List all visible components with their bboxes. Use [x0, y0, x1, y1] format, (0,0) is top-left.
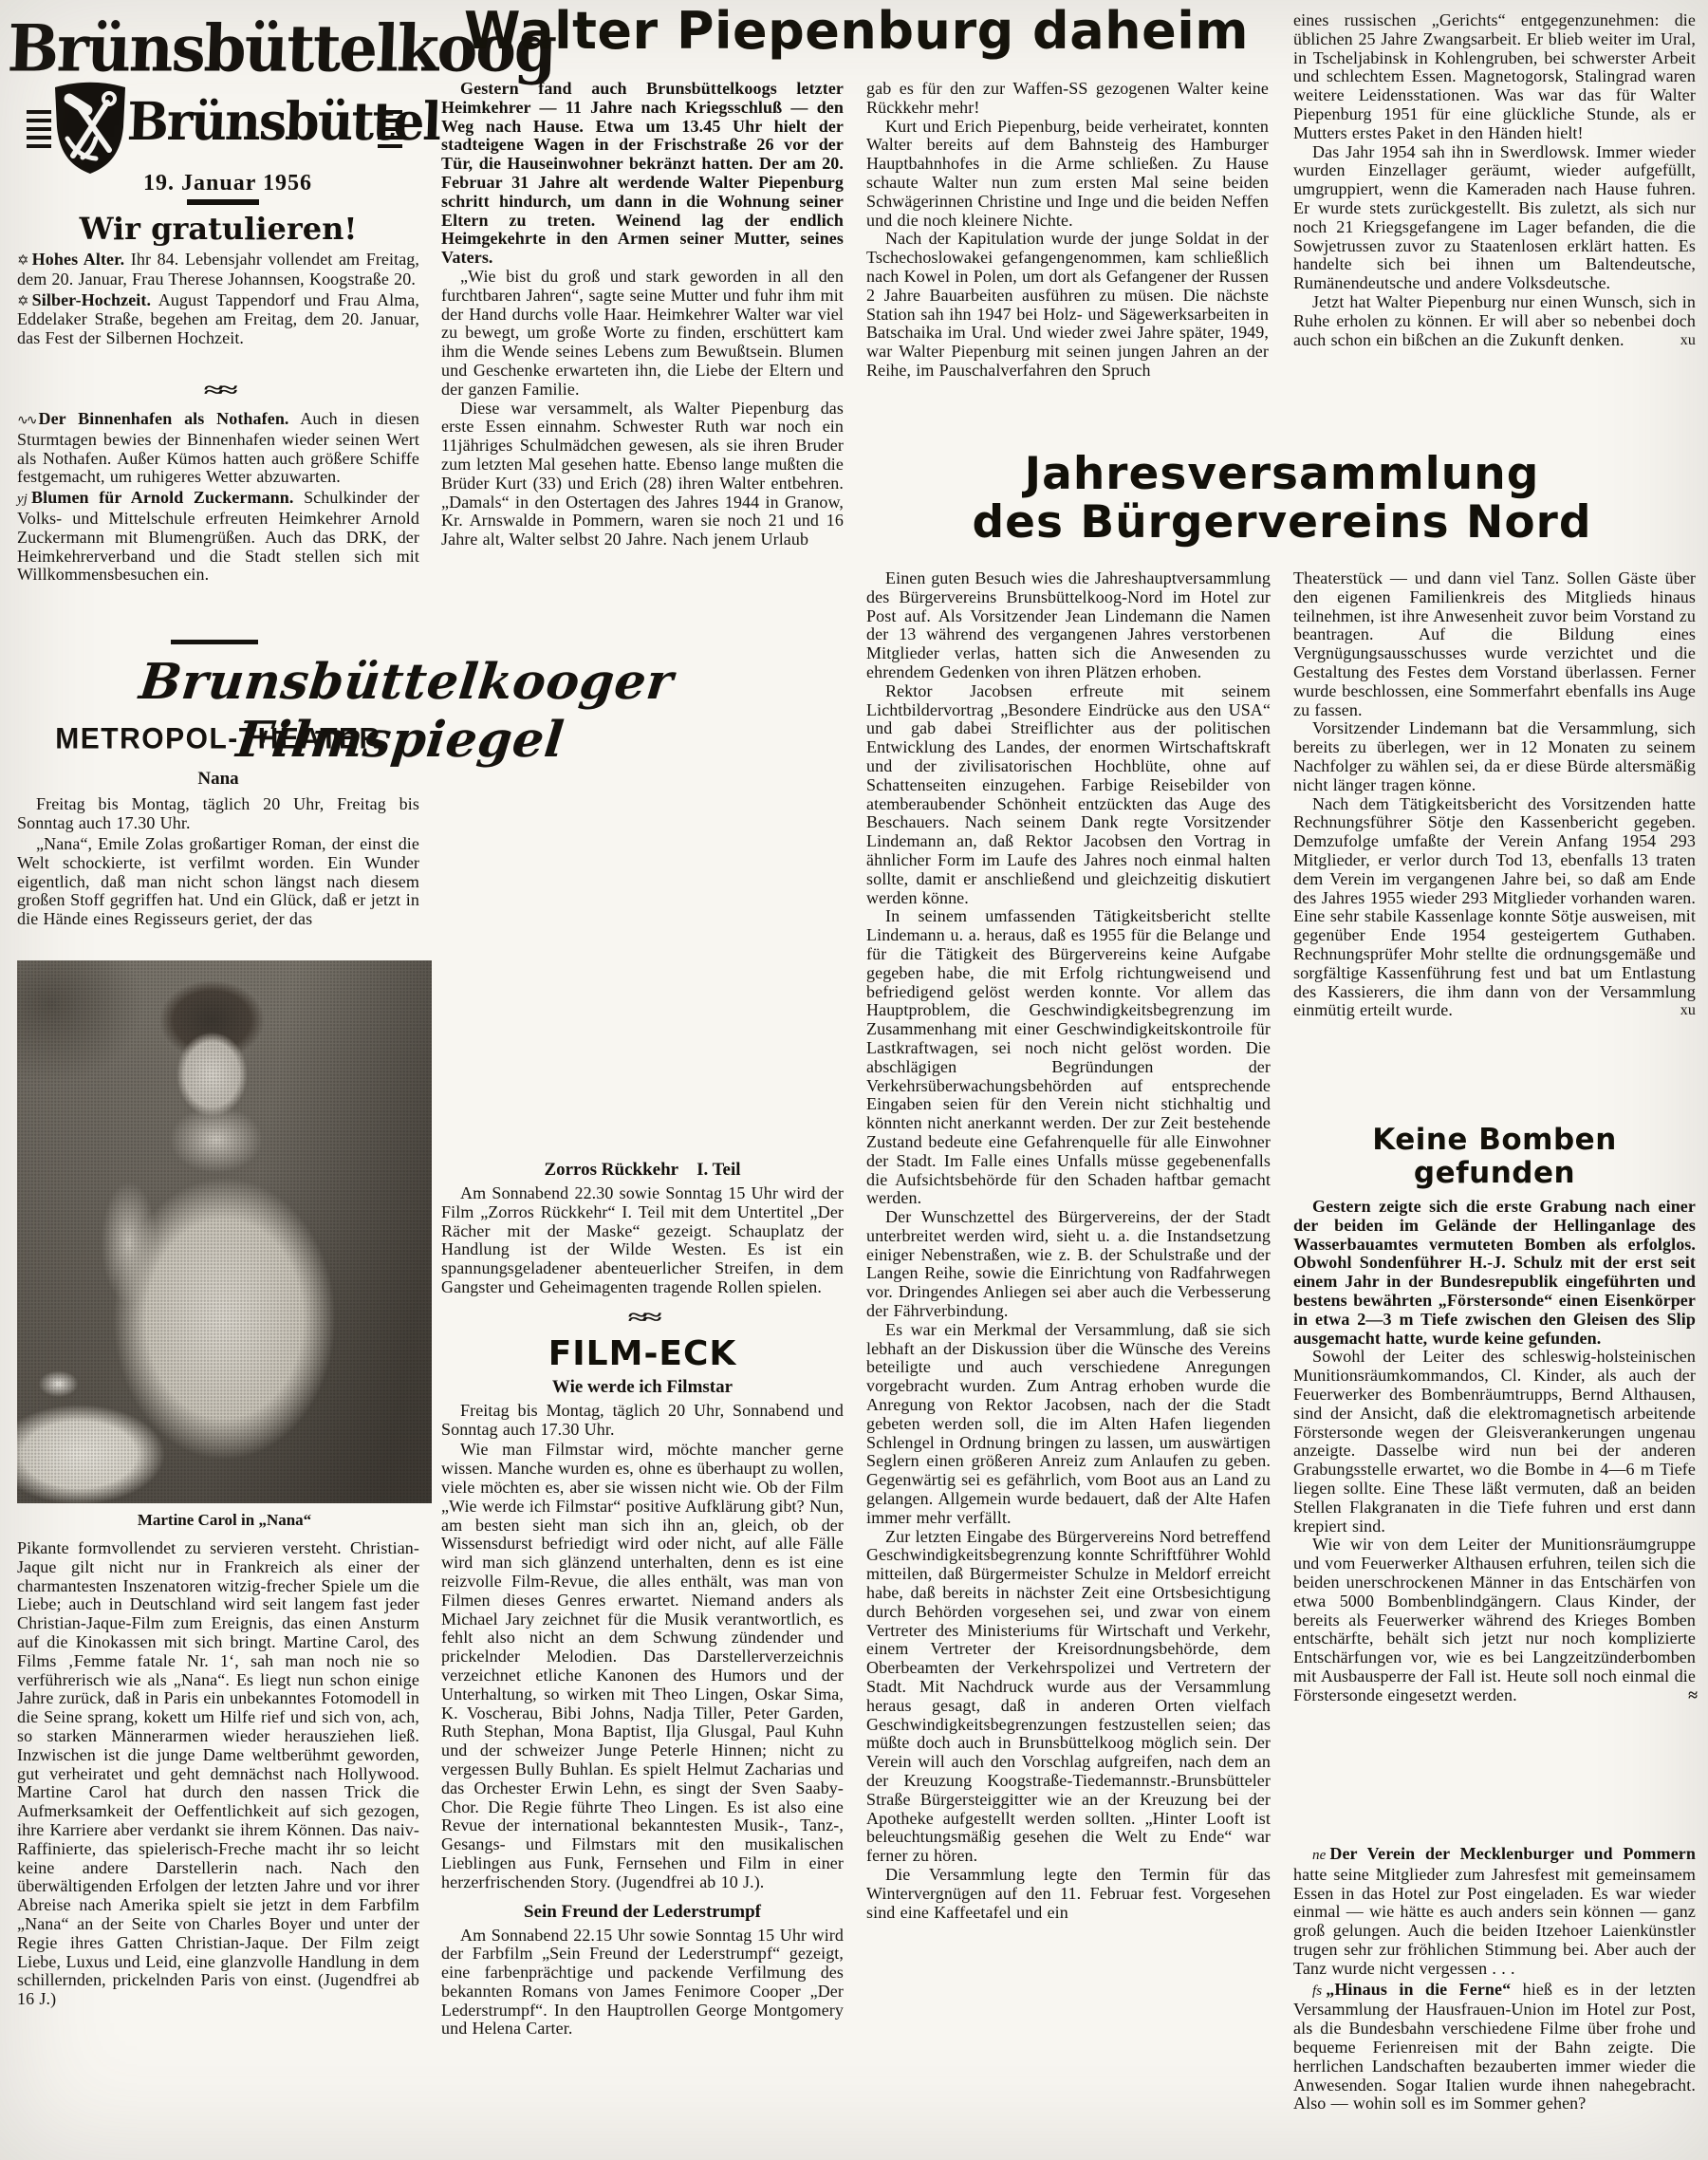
article-paragraph: Wie wir von dem Leiter der Munitionsräum… — [1293, 1536, 1696, 1704]
article-paragraph: Einen guten Besuch wies die Jahreshauptv… — [866, 569, 1271, 682]
paragraph-text: Jetzt hat Walter Piepenburg nur einen Wu… — [1293, 292, 1696, 349]
piepenburg-col2: gab es für den zur Waffen-SS gezogenen W… — [866, 80, 1269, 381]
article-paragraph: Der Wunschzettel des Bürgervereins, der … — [866, 1208, 1271, 1321]
masthead-title-line1: Brünsbüttelkoog — [7, 11, 436, 87]
jahres-col1: Einen guten Besuch wies die Jahreshauptv… — [866, 569, 1271, 1922]
newspaper-page: Brünsbüttelkoog Brünsbüttel 19. Januar 1… — [0, 0, 1708, 2160]
article-paragraph: Pikante formvollendet zu servieren verst… — [17, 1539, 419, 2009]
congrats-item-title: Silber-Hochzeit. — [32, 290, 151, 309]
author-initials: yj — [17, 492, 31, 507]
article-paragraph: „Nana“, Emile Zolas großartiger Roman, d… — [17, 835, 419, 929]
congrats-item: ✡Hohes Alter. Ihr 84. Lebensjahr vollend… — [17, 251, 419, 289]
congrats-heading: Wir gratulieren! — [17, 211, 419, 247]
note-title: Blumen für Arnold Zuckermann. — [31, 488, 293, 507]
masthead-rule — [187, 199, 259, 205]
article-paragraph: Wie man Filmstar wird, möchte mancher ge… — [441, 1441, 844, 1891]
article-paragraph: Kurt und Erich Piepenburg, beide verheir… — [866, 118, 1269, 231]
congrats-item: ✡Silber-Hochzeit. August Tappendorf und … — [17, 291, 419, 348]
article-paragraph: Gestern fand auch Brunsbüttelkoogs letzt… — [441, 80, 844, 268]
news-note: yjBlumen für Arnold Zuckermann. Schulkin… — [17, 489, 419, 585]
article-paragraph: Diese war versammelt, als Walter Piepenb… — [441, 400, 844, 549]
news-note: neDer Verein der Mecklenburger und Pomme… — [1293, 1845, 1696, 1979]
note-title: Der Verein der Mecklenburger und Pommern — [1329, 1844, 1696, 1863]
flourish-lines-left-icon — [27, 110, 51, 148]
note-title: „Hinaus in die Ferne“ — [1326, 1980, 1511, 1999]
film-title-nana: Nana — [17, 769, 419, 790]
end-squiggle-icon: ≈ — [1669, 1686, 1696, 1705]
author-sign: xu — [1654, 1001, 1696, 1020]
squiggle-divider-icon: ≈≈ — [628, 1305, 658, 1330]
nana-review-part1: „Nana“, Emile Zolas großartiger Roman, d… — [17, 835, 419, 929]
note-text: hatte seine Mitglieder zum Jahresfest mi… — [1293, 1865, 1696, 1978]
flourish-icon: ∿∿ — [17, 413, 38, 428]
note-title: Der Binnenhafen als Nothafen. — [38, 409, 288, 428]
article-paragraph: gab es für den zur Waffen-SS gezogenen W… — [866, 80, 1269, 118]
nana-review-part2: Pikante formvollendet zu servieren verst… — [17, 1539, 419, 2009]
paragraph-text: Wie wir von dem Leiter der Munitionsräum… — [1293, 1535, 1696, 1704]
jahres-col2: Theaterstück — und dann viel Tanz. Solle… — [1293, 569, 1696, 1020]
masthead-title-line2: Brünsbüttel — [126, 91, 375, 153]
city-crest-anchor-icon — [52, 80, 128, 175]
flourish-lines-right-icon — [378, 110, 402, 148]
article-paragraph: Sowohl der Leiter des schleswig-holstein… — [1293, 1348, 1696, 1536]
news-note: fs„Hinaus in die Ferne“ hieß es in der l… — [1293, 1981, 1696, 2114]
martine-carol-photo — [17, 960, 432, 1503]
article-bomben: Keine Bomben gefunden Gestern zeigte sic… — [1293, 1124, 1696, 1705]
section-end-rule — [171, 640, 258, 644]
photo-caption: Martine Carol in „Nana“ — [17, 1511, 432, 1530]
film-title-filmstar: Wie werde ich Filmstar — [441, 1377, 844, 1398]
article-paragraph: Am Sonnabend 22.15 Uhr sowie Sonntag 15 … — [441, 1927, 844, 2039]
article-paragraph: Nach der Kapitulation wurde der junge So… — [866, 230, 1269, 380]
article-headline: Walter Piepenburg daheim — [436, 4, 1276, 59]
nana-showtimes: Freitag bis Montag, täglich 20 Uhr, Frei… — [17, 795, 419, 833]
article-headline: Jahresversammlungdes Bürgervereins Nord — [868, 450, 1696, 547]
vereine-notes: neDer Verein der Mecklenburger und Pomme… — [1293, 1845, 1696, 2113]
article-headline: Keine Bomben gefunden — [1293, 1124, 1696, 1190]
headline-line1: Jahresversammlung — [868, 450, 1696, 498]
article-paragraph: Vorsitzender Lindemann bat die Versammlu… — [1293, 719, 1696, 794]
filmeck-heading: FILM-ECK — [441, 1335, 844, 1373]
showtimes-paragraph: Freitag bis Montag, täglich 20 Uhr, Frei… — [17, 795, 419, 833]
filmspiegel-col2: Zorros Rückkehr I. Teil Am Sonnabend 22.… — [441, 1160, 844, 2039]
piepenburg-col3: eines russischen „Gerichts“ entgegenzune… — [1293, 11, 1696, 349]
article-paragraph: eines russischen „Gerichts“ entgegenzune… — [1293, 11, 1696, 143]
congrats-items: ✡Hohes Alter. Ihr 84. Lebensjahr vollend… — [17, 251, 419, 348]
headline-line2: des Bürgervereins Nord — [868, 498, 1696, 547]
article-paragraph: Jetzt hat Walter Piepenburg nur einen Wu… — [1293, 293, 1696, 349]
section-divider: ≈≈ — [441, 1305, 844, 1330]
article-paragraph: Rektor Jacobsen erfreute mit seinem Lich… — [866, 682, 1271, 908]
article-paragraph: Nach dem Tätigkeitsbericht des Vorsitzen… — [1293, 795, 1696, 1021]
paragraph-text: Nach dem Tätigkeitsbericht des Vorsitzen… — [1293, 794, 1696, 1020]
showtimes-paragraph: Freitag bis Montag, täglich 20 Uhr, Sonn… — [441, 1402, 844, 1440]
article-paragraph: Theaterstück — und dann viel Tanz. Solle… — [1293, 569, 1696, 719]
squiggle-divider-icon: ≈≈ — [204, 378, 233, 402]
piepenburg-col1: Gestern fand auch Brunsbüttelkoogs letzt… — [441, 80, 844, 549]
issue-date: 19. Januar 1956 — [57, 171, 399, 196]
author-sign: xu — [1654, 331, 1696, 350]
film-title-zorro: Zorros Rückkehr I. Teil — [441, 1160, 844, 1181]
author-initials: ne — [1312, 1848, 1329, 1863]
article-paragraph: Die Versammlung legte den Termin für das… — [866, 1866, 1271, 1922]
article-paragraph: Am Sonnabend 22.30 sowie Sonntag 15 Uhr … — [441, 1184, 844, 1297]
article-paragraph: Das Jahr 1954 sah ihn in Swerdlowsk. Imm… — [1293, 143, 1696, 293]
section-divider: ≈≈ — [17, 378, 419, 402]
note-text: hieß es in der letzten Versammlung der H… — [1293, 1980, 1696, 2113]
article-paragraph: Gestern zeigte sich die erste Grabung na… — [1293, 1198, 1696, 1348]
article-paragraph: Es war ein Merkmal der Versammlung, daß … — [866, 1321, 1271, 1528]
author-initials: fs — [1312, 1983, 1326, 1999]
film-title-lederstrumpf: Sein Freund der Lederstrumpf — [441, 1902, 844, 1923]
metropol-theater-heading: METROPOL-THEATER — [17, 722, 419, 756]
article-paragraph: In seinem umfassenden Tätigkeitsbericht … — [866, 907, 1271, 1208]
article-paragraph: Zur letzten Eingabe des Bürgervereins No… — [866, 1528, 1271, 1866]
star-icon: ✡ — [17, 292, 32, 309]
article-paragraph: „Wie bist du groß und stark geworden in … — [441, 268, 844, 400]
local-notes: ∿∿Der Binnenhafen als Nothafen. Auch in … — [17, 410, 419, 585]
congrats-item-title: Hohes Alter. — [32, 250, 125, 269]
news-note: ∿∿Der Binnenhafen als Nothafen. Auch in … — [17, 410, 419, 487]
star-icon: ✡ — [17, 251, 32, 269]
